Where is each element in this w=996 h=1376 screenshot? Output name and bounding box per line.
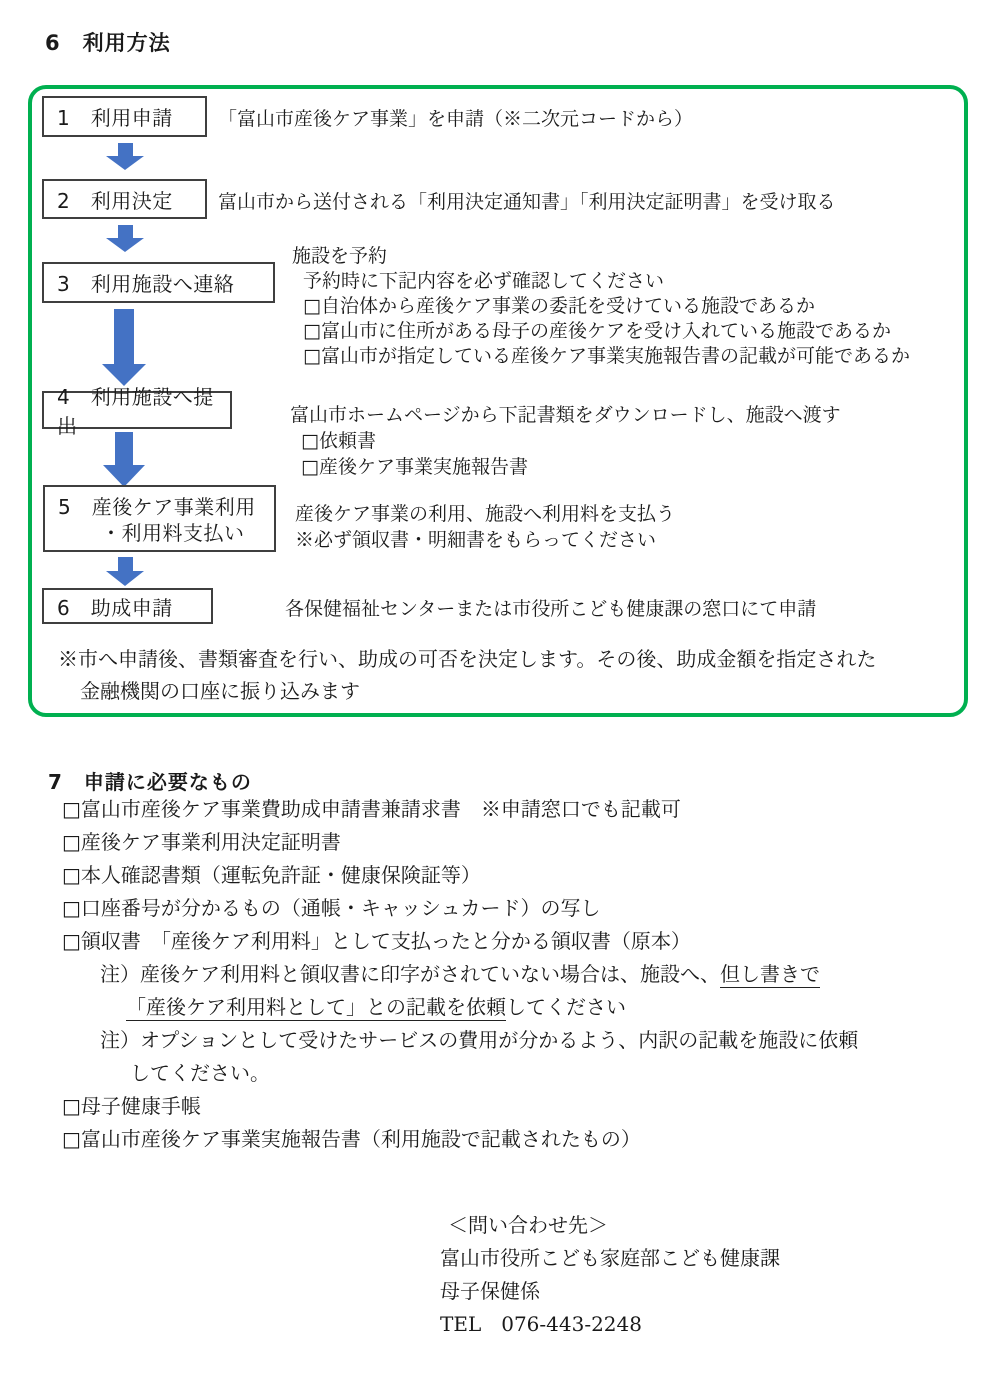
contact-org: 富山市役所こども家庭部こども健康課 <box>440 1242 780 1275</box>
flow-step-3-label: 3 利用施設へ連絡 <box>57 268 234 297</box>
note-underlined-text: 但し書きで <box>720 962 820 988</box>
contact-block: ＜問い合わせ先＞ 富山市役所こども家庭部こども健康課 母子保健係 TEL 076… <box>440 1209 780 1341</box>
desc-line: 「富山市産後ケア事業」を申請（※二次元コードから） <box>218 107 693 132</box>
flow-step-5-label: 5 産後ケア事業利用 <box>58 495 256 519</box>
desc-checklist-line: □自治体から産後ケア事業の委託を受けている施設であるか <box>292 294 910 319</box>
down-arrow-icon <box>106 225 144 252</box>
checklist-item: □母子健康手帳 <box>62 1090 996 1123</box>
flow-footnote: ※市へ申請後、書類審査を行い、助成の可否を決定します。その後、助成金額を指定され… <box>58 643 876 707</box>
contact-tel: TEL 076-443-2248 <box>440 1308 780 1341</box>
desc-line: 富山市ホームページから下記書類をダウンロードし、施設へ渡す <box>290 402 841 428</box>
flow-step-1-label: 1 利用申請 <box>57 102 173 131</box>
desc-line: 富山市から送付される「利用決定通知書」「利用決定証明書」を受け取る <box>218 190 836 215</box>
note-line: 注）産後ケア利用料と領収書に印字がされていない場合は、施設へ、但し書きで <box>100 958 996 991</box>
note-text: 注）産後ケア利用料と領収書に印字がされていない場合は、施設へ、 <box>100 962 720 986</box>
desc-checklist-line: □産後ケア事業実施報告書 <box>290 454 841 480</box>
document-page: 6 利用方法 1 利用申請 「富山市産後ケア事業」を申請（※二次元コードから） … <box>0 0 996 1376</box>
flow-step-3-desc: 施設を予約 予約時に下記内容を必ず確認してください □自治体から産後ケア事業の委… <box>292 244 910 369</box>
flowchart-panel: 1 利用申請 「富山市産後ケア事業」を申請（※二次元コードから） 2 利用決定 … <box>28 85 968 717</box>
flow-step-2-desc: 富山市から送付される「利用決定通知書」「利用決定証明書」を受け取る <box>218 190 836 215</box>
checklist-item: □領収書 「産後ケア利用料」として支払ったと分かる領収書（原本） <box>62 925 996 958</box>
flow-step-6-box: 6 助成申請 <box>42 588 213 624</box>
note-line: 「産後ケア利用料として」との記載を依頼してください <box>126 991 996 1024</box>
footnote-line: 金融機関の口座に振り込みます <box>80 675 876 707</box>
flow-step-1-desc: 「富山市産後ケア事業」を申請（※二次元コードから） <box>218 107 693 132</box>
desc-line: 施設を予約 <box>292 244 910 269</box>
desc-line: 予約時に下記内容を必ず確認してください <box>292 269 910 294</box>
desc-checklist-line: □富山市が指定している産後ケア事業実施報告書の記載が可能であるか <box>292 344 910 369</box>
footnote-line: ※市へ申請後、書類審査を行い、助成の可否を決定します。その後、助成金額を指定され… <box>58 643 876 675</box>
desc-line: 各保健福祉センターまたは市役所こども健康課の窓口にて申請 <box>285 597 816 622</box>
flow-step-4-label: 4 利用施設へ提出 <box>57 381 230 439</box>
note-underlined-text: 「産後ケア利用料として」との記載を依頼 <box>126 995 506 1021</box>
checklist-item: □産後ケア事業利用決定証明書 <box>62 826 996 859</box>
flow-step-4-desc: 富山市ホームページから下記書類をダウンロードし、施設へ渡す □依頼書 □産後ケア… <box>290 402 841 480</box>
flow-step-6-label: 6 助成申請 <box>57 592 173 621</box>
down-arrow-icon <box>102 309 146 386</box>
flow-step-4-box: 4 利用施設へ提出 <box>42 391 232 429</box>
flow-step-6-desc: 各保健福祉センターまたは市役所こども健康課の窓口にて申請 <box>285 597 816 622</box>
contact-header: ＜問い合わせ先＞ <box>448 1209 780 1242</box>
down-arrow-icon <box>106 557 144 586</box>
desc-line: ※必ず領収書・明細書をもらってください <box>295 527 675 553</box>
flow-step-5-box: 5 産後ケア事業利用 ・利用料支払い <box>43 485 276 552</box>
checklist-item: □本人確認書類（運転免許証・健康保険証等） <box>62 859 996 892</box>
flow-step-2-box: 2 利用決定 <box>42 179 207 219</box>
desc-checklist-line: □富山市に住所がある母子の産後ケアを受け入れている施設であるか <box>292 319 910 344</box>
flow-step-5-desc: 産後ケア事業の利用、施設へ利用料を支払う ※必ず領収書・明細書をもらってください <box>295 501 675 553</box>
desc-line: 産後ケア事業の利用、施設へ利用料を支払う <box>295 501 675 527</box>
down-arrow-icon <box>103 432 145 487</box>
requirements-title: 7 申請に必要なもの <box>48 766 252 795</box>
checklist-item: □富山市産後ケア事業費助成申請書兼請求書 ※申請窓口でも記載可 <box>62 793 996 826</box>
note-text: してください <box>506 995 626 1019</box>
flow-step-2-label: 2 利用決定 <box>57 185 173 214</box>
note-line: してください。 <box>130 1057 996 1090</box>
contact-section: 母子保健係 <box>440 1275 780 1308</box>
checklist-item: □口座番号が分かるもの（通帳・キャッシュカード）の写し <box>62 892 996 925</box>
requirements-list: □富山市産後ケア事業費助成申請書兼請求書 ※申請窓口でも記載可 □産後ケア事業利… <box>0 793 996 1156</box>
checklist-item: □富山市産後ケア事業実施報告書（利用施設で記載されたもの） <box>62 1123 996 1156</box>
flow-step-1-box: 1 利用申請 <box>42 96 207 137</box>
note-line: 注）オプションとして受けたサービスの費用が分かるよう、内訳の記載を施設に依頼 <box>100 1024 996 1057</box>
desc-checklist-line: □依頼書 <box>290 428 841 454</box>
flow-step-3-box: 3 利用施設へ連絡 <box>42 262 275 303</box>
page-title: 6 利用方法 <box>45 27 171 57</box>
down-arrow-icon <box>106 143 144 170</box>
flow-step-5-label-line2: ・利用料支払い <box>58 520 274 546</box>
